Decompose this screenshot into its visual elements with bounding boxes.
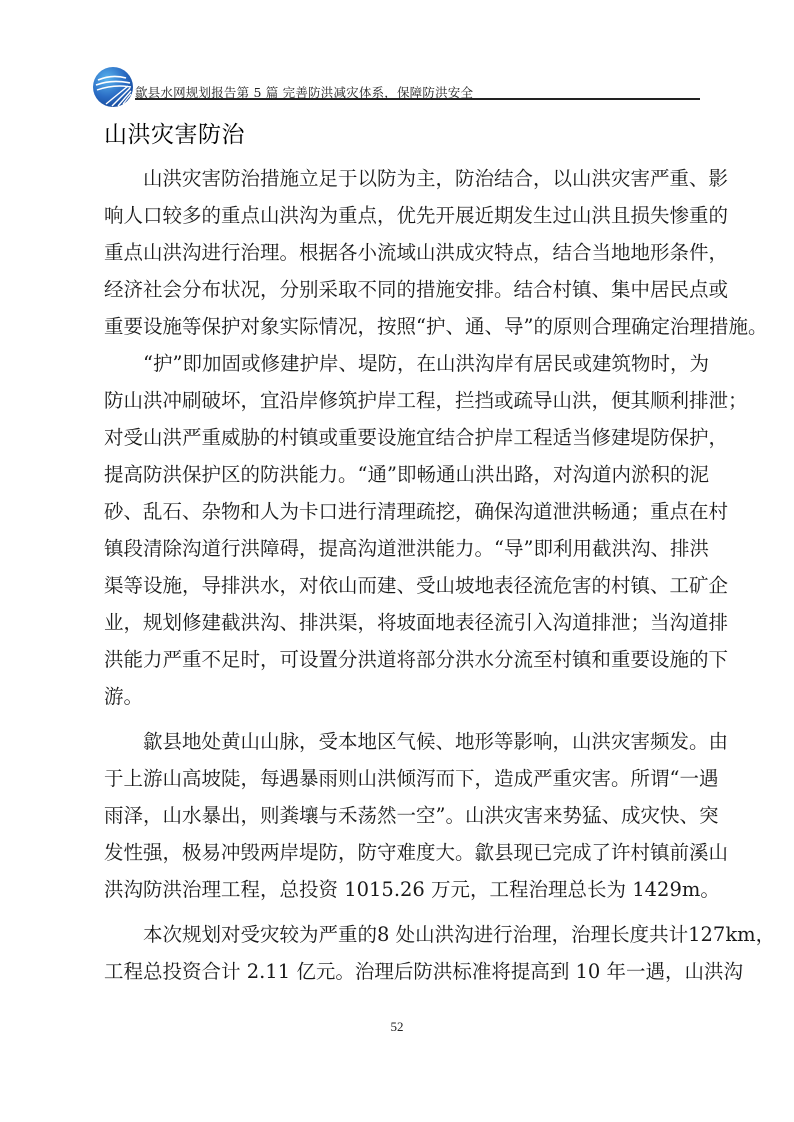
- text-line: 砂、乱石、杂物和人为卡口进行清理疏挖，确保沟道泄洪畅通；重点在村: [104, 493, 698, 530]
- section-title: 山洪灾害防治: [104, 116, 245, 149]
- text-line: 重要设施等保护对象实际情况，按照“护、通、导”的原则合理确定治理措施。: [104, 308, 698, 345]
- paragraph-spacer: [104, 908, 698, 916]
- text-line: 雨泽，山水暴出，则粪壤与禾荡然一空”。山洪灾害来势猛、成灾快、突: [104, 797, 698, 834]
- text-line: 防山洪冲刷破坏，宜沿岸修筑护岸工程，拦挡或疏导山洪，便其顺利排泄；: [104, 382, 698, 419]
- text-line: 洪能力严重不足时，可设置分洪道将部分洪水分流至村镇和重要设施的下: [104, 641, 698, 678]
- text-line: 歙县地处黄山山脉，受本地区气候、地形等影响，山洪灾害频发。由: [104, 723, 698, 760]
- text-line: 提高防洪保护区的防洪能力。“通”即畅通山洪出路，对沟道内淤积的泥: [104, 456, 698, 493]
- paragraph-3: 歙县地处黄山山脉，受本地区气候、地形等影响，山洪灾害频发。由 于上游山高坡陡，每…: [104, 723, 698, 908]
- text-line: 发性强，极易冲毁两岸堤防，防守难度大。歙县现已完成了许村镇前溪山: [104, 834, 698, 871]
- paragraph-4: 本次规划对受灾较为严重的8 处山洪沟进行治理，治理长度共计127km， 工程总投…: [104, 916, 698, 990]
- text-line: 工程总投资合计 2.11 亿元。治理后防洪标准将提高到 10 年一遇，山洪沟: [104, 953, 698, 990]
- text-line: 镇段清除沟道行洪障碍，提高沟道泄洪能力。“导”即利用截洪沟、排洪: [104, 530, 698, 567]
- text-line: 游。: [104, 678, 698, 715]
- text-line: 重点山洪沟进行治理。根据各小流域山洪成灾特点，结合当地地形条件，: [104, 234, 698, 271]
- text-line: 对受山洪严重威胁的村镇或重要设施宜结合护岸工程适当修建堤防保护，: [104, 419, 698, 456]
- text-line: 洪沟防洪治理工程，总投资 1015.26 万元，工程治理总长为 1429m。: [104, 871, 698, 908]
- paragraph-spacer: [104, 715, 698, 723]
- paragraph-2: “护”即加固或修建护岸、堤防，在山洪沟岸有居民或建筑物时，为 防山洪冲刷破坏，宜…: [104, 345, 698, 715]
- header-divider: [135, 98, 700, 100]
- text-line: 本次规划对受灾较为严重的8 处山洪沟进行治理，治理长度共计127km，: [104, 916, 698, 953]
- page-number: 52: [0, 1019, 794, 1035]
- text-line: 山洪灾害防治措施立足于以防为主，防治结合，以山洪灾害严重、影: [104, 160, 698, 197]
- text-line: 经济社会分布状况，分别采取不同的措施安排。结合村镇、集中居民点或: [104, 271, 698, 308]
- text-line: “护”即加固或修建护岸、堤防，在山洪沟岸有居民或建筑物时，为: [104, 345, 698, 382]
- text-line: 响人口较多的重点山洪沟为重点，优先开展近期发生过山洪且损失惨重的: [104, 197, 698, 234]
- text-line: 业，规划修建截洪沟、排洪渠，将坡面地表径流引入沟道排泄；当沟道排: [104, 604, 698, 641]
- body-text: 山洪灾害防治措施立足于以防为主，防治结合，以山洪灾害严重、影 响人口较多的重点山…: [104, 160, 698, 990]
- page-header: 歙县水网规划报告第 5 篇 完善防洪减灾体系，保障防洪安全: [92, 66, 702, 108]
- paragraph-1: 山洪灾害防治措施立足于以防为主，防治结合，以山洪灾害严重、影 响人口较多的重点山…: [104, 160, 698, 345]
- water-network-logo-icon: [92, 66, 134, 108]
- text-line: 于上游山高坡陡，每遇暴雨则山洪倾泻而下，造成严重灾害。所谓“一遇: [104, 760, 698, 797]
- text-line: 渠等设施，导排洪水，对依山而建、受山坡地表径流危害的村镇、工矿企: [104, 567, 698, 604]
